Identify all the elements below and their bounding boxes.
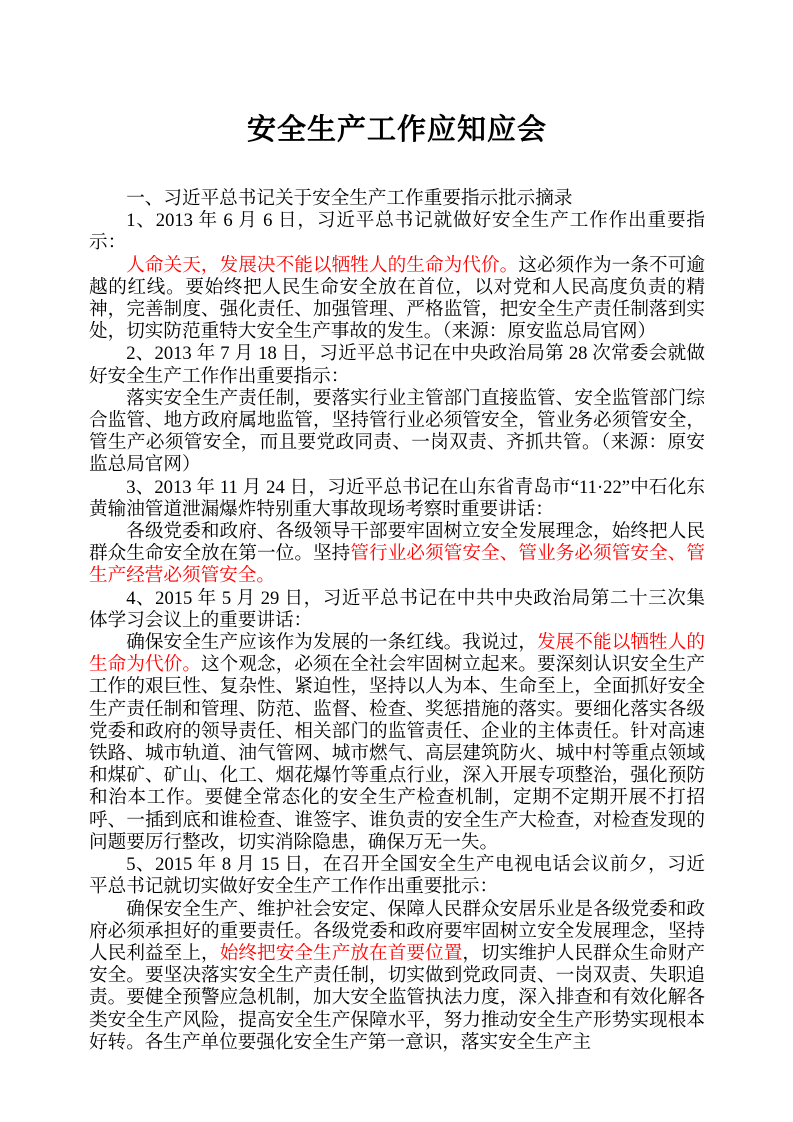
section-heading: 一、习近平总书记关于安全生产工作重要指示批示摘录 bbox=[89, 188, 705, 210]
paragraph-item-4-date: 4、2015 年 5 月 29 日，习近平总书记在中共中央政治局第二十三次集体学… bbox=[89, 588, 705, 632]
text-run: 一、习近平总书记关于安全生产工作重要指示批示摘录 bbox=[126, 188, 572, 209]
paragraph-item-5-date: 5、2015 年 8 月 15 日，在召开全国安全生产电视电话会议前夕，习近平总… bbox=[89, 854, 705, 898]
document-page: { "colors": { "text": "#000000", "highli… bbox=[0, 0, 793, 1122]
paragraph-item-2-quote: 落实安全生产责任制，要落实行业主管部门直接监管、安全监管部门综合监管、地方政府属… bbox=[89, 388, 705, 477]
document-page-body: 安全生产工作应知应会 一、习近平总书记关于安全生产工作重要指示批示摘录 1、20… bbox=[0, 0, 793, 1122]
highlighted-text-run: 始终把安全生产放在首要位置 bbox=[220, 943, 463, 964]
paragraph-item-1-date: 1、2013 年 6 月 6 日，习近平总书记就做好安全生产工作作出重要指示： bbox=[89, 210, 705, 254]
text-run: 2、2013 年 7 月 18 日，习近平总书记在中央政治局第 28 次常委会就… bbox=[89, 343, 705, 386]
text-run: 确保安全生产应该作为发展的一条红线。我说过， bbox=[126, 632, 537, 653]
paragraph-item-5-quote: 确保安全生产、维护社会安定、保障人民群众安居乐业是各级党委和政府必须承担好的重要… bbox=[89, 899, 705, 1054]
text-run: 1、2013 年 6 月 6 日，习近平总书记就做好安全生产工作作出重要指示： bbox=[89, 210, 705, 253]
text-run: 4、2015 年 5 月 29 日，习近平总书记在中共中央政治局第二十三次集体学… bbox=[89, 588, 705, 631]
document-title: 安全生产工作应知应会 bbox=[89, 112, 705, 148]
highlighted-text-run: 人命关天，发展决不能以牺牲人的生命为代价。 bbox=[126, 255, 518, 276]
paragraph-item-3-quote: 各级党委和政府、各级领导干部要牢固树立安全发展理念，始终把人民群众生命安全放在第… bbox=[89, 521, 705, 588]
text-run: 5、2015 年 8 月 15 日，在召开全国安全生产电视电话会议前夕，习近平总… bbox=[89, 854, 705, 897]
paragraph-item-1-quote: 人命关天，发展决不能以牺牲人的生命为代价。这必须作为一条不可逾越的红线。要始终把… bbox=[89, 255, 705, 344]
paragraph-item-2-date: 2、2013 年 7 月 18 日，习近平总书记在中央政治局第 28 次常委会就… bbox=[89, 343, 705, 387]
paragraph-item-3-date: 3、2013 年 11 月 24 日，习近平总书记在山东省青岛市“11·22”中… bbox=[89, 477, 705, 521]
text-run: 这个观念，必须在全社会牢固树立起来。要深刻认识安全生产工作的艰巨性、复杂性、紧迫… bbox=[89, 654, 705, 853]
text-run: 落实安全生产责任制，要落实行业主管部门直接监管、安全监管部门综合监管、地方政府属… bbox=[89, 388, 705, 476]
paragraph-item-4-quote: 确保安全生产应该作为发展的一条红线。我说过，发展不能以牺牲人的生命为代价。这个观… bbox=[89, 632, 705, 854]
text-run: 3、2013 年 11 月 24 日，习近平总书记在山东省青岛市“11·22”中… bbox=[89, 477, 705, 520]
